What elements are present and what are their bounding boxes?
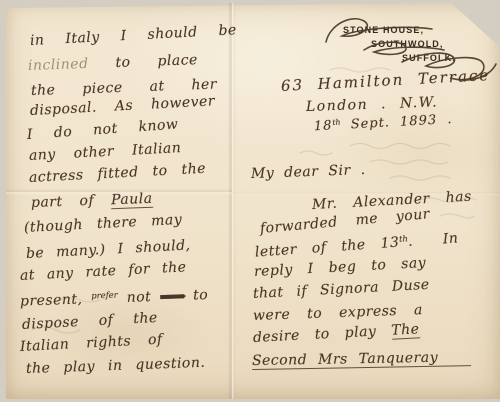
handwriting-line-salutation: My dear Sir . <box>251 163 366 182</box>
right-page-lines: 63 Hamilton TerraceLondon . N.W.18th Sep… <box>0 0 500 402</box>
handwriting-line-body: that if Signora Duse <box>253 278 430 302</box>
handwriting-line-address: 63 Hamilton Terrace <box>281 68 491 95</box>
handwriting-line-body: desire to play The <box>253 322 420 345</box>
handwriting-line-address: London . N.W. <box>306 95 439 114</box>
handwriting-line-body: reply I beg to say <box>254 256 427 280</box>
handwriting-line-body: Second Mrs Tanqueray <box>252 350 471 369</box>
handwriting-line-body: letter of the 13th. In <box>254 231 458 260</box>
handwriting-line-date: 18th Sept. 1893 . <box>314 113 453 134</box>
handwriting-line-body: were to express a <box>253 303 423 324</box>
handwriting-line-body: forwarded me your <box>259 207 430 236</box>
letter-photograph: STONE HOUSE, SOUTHWOLD, SUFFOLK. in Ital… <box>0 0 500 402</box>
